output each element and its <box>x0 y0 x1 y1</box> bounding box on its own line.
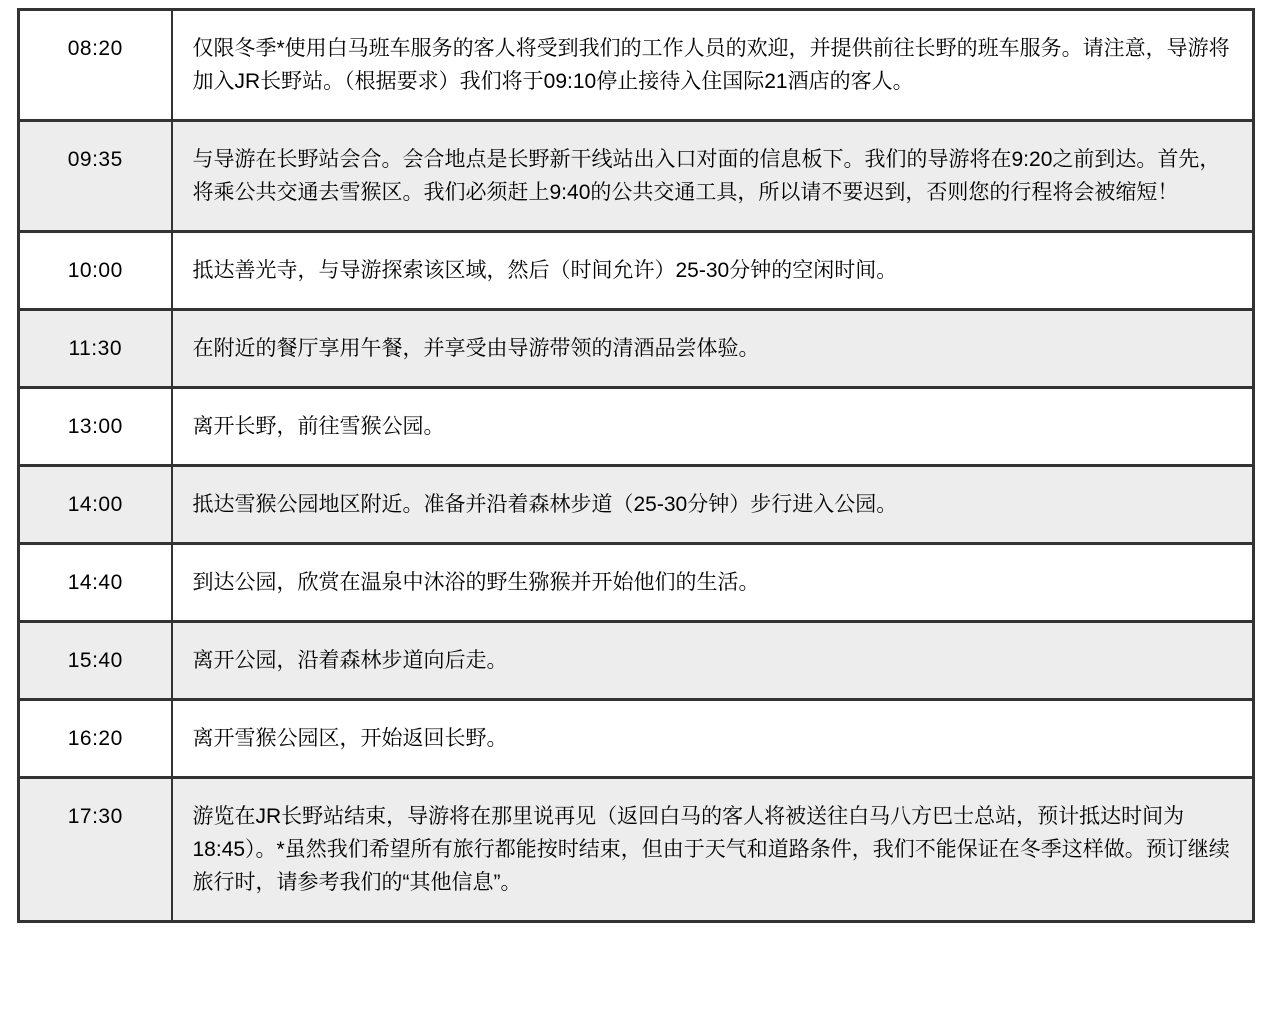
description-cell: 游览在JR长野站结束，导游将在那里说再见（返回白马的客人将被送往白马八方巴士总站… <box>172 778 1254 922</box>
itinerary-row: 16:20 离开雪猴公园区，开始返回长野。 <box>19 700 1254 778</box>
itinerary-row: 11:30 在附近的餐厅享用午餐，并享受由导游带领的清酒品尝体验。 <box>19 310 1254 388</box>
itinerary-row: 09:35 与导游在长野站会合。会合地点是长野新干线站出入口对面的信息板下。我们… <box>19 121 1254 232</box>
time-cell: 17:30 <box>19 778 172 922</box>
itinerary-table: 08:20 仅限冬季*使用白马班车服务的客人将受到我们的工作人员的欢迎，并提供前… <box>17 8 1255 923</box>
time-cell: 14:40 <box>19 544 172 622</box>
itinerary-row: 13:00 离开长野，前往雪猴公园。 <box>19 388 1254 466</box>
time-cell: 09:35 <box>19 121 172 232</box>
itinerary-row: 17:30 游览在JR长野站结束，导游将在那里说再见（返回白马的客人将被送往白马… <box>19 778 1254 922</box>
description-cell: 与导游在长野站会合。会合地点是长野新干线站出入口对面的信息板下。我们的导游将在9… <box>172 121 1254 232</box>
time-cell: 16:20 <box>19 700 172 778</box>
description-cell: 仅限冬季*使用白马班车服务的客人将受到我们的工作人员的欢迎，并提供前往长野的班车… <box>172 10 1254 121</box>
time-cell: 08:20 <box>19 10 172 121</box>
time-cell: 10:00 <box>19 232 172 310</box>
description-cell: 离开长野，前往雪猴公园。 <box>172 388 1254 466</box>
description-cell: 抵达善光寺，与导游探索该区域，然后（时间允许）25-30分钟的空闲时间。 <box>172 232 1254 310</box>
time-cell: 14:00 <box>19 466 172 544</box>
time-cell: 11:30 <box>19 310 172 388</box>
description-cell: 离开雪猴公园区，开始返回长野。 <box>172 700 1254 778</box>
time-cell: 15:40 <box>19 622 172 700</box>
description-cell: 在附近的餐厅享用午餐，并享受由导游带领的清酒品尝体验。 <box>172 310 1254 388</box>
description-cell: 抵达雪猴公园地区附近。准备并沿着森林步道（25-30分钟）步行进入公园。 <box>172 466 1254 544</box>
itinerary-row: 15:40 离开公园，沿着森林步道向后走。 <box>19 622 1254 700</box>
itinerary-row: 08:20 仅限冬季*使用白马班车服务的客人将受到我们的工作人员的欢迎，并提供前… <box>19 10 1254 121</box>
time-cell: 13:00 <box>19 388 172 466</box>
itinerary-row: 14:00 抵达雪猴公园地区附近。准备并沿着森林步道（25-30分钟）步行进入公… <box>19 466 1254 544</box>
description-cell: 到达公园，欣赏在温泉中沐浴的野生猕猴并开始他们的生活。 <box>172 544 1254 622</box>
itinerary-row: 10:00 抵达善光寺，与导游探索该区域，然后（时间允许）25-30分钟的空闲时… <box>19 232 1254 310</box>
itinerary-row: 14:40 到达公园，欣赏在温泉中沐浴的野生猕猴并开始他们的生活。 <box>19 544 1254 622</box>
description-cell: 离开公园，沿着森林步道向后走。 <box>172 622 1254 700</box>
